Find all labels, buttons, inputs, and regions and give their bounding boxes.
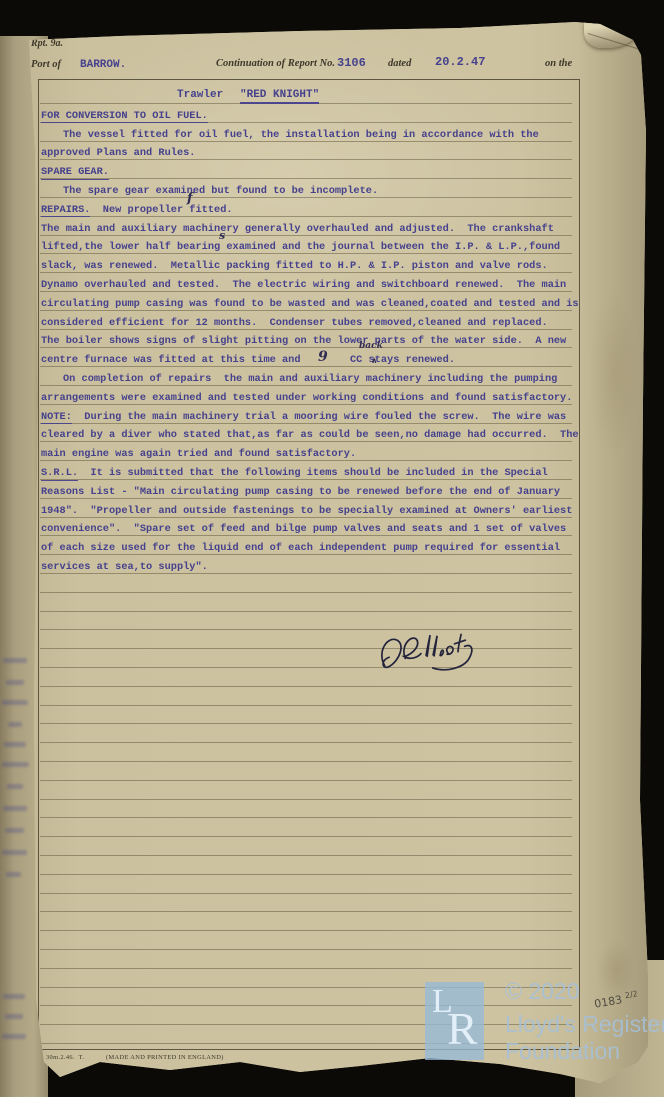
typed-line: Dynamo overhauled and tested. The electr…: [41, 279, 566, 292]
typed-line: main engine was again tried and found sa…: [41, 448, 356, 461]
logo-letter-r: R: [447, 1002, 478, 1055]
on-the-label: on the: [545, 58, 572, 69]
showthrough-smudge: [5, 828, 24, 833]
handwritten-correction: 9: [318, 350, 328, 364]
typed-line: arrangements were examined and tested un…: [41, 392, 572, 405]
typed-line: The spare gear examined but found to be …: [63, 185, 378, 198]
ruled-line: [40, 911, 572, 912]
showthrough-smudge: [3, 658, 27, 663]
port-of-label: Port of: [31, 59, 61, 70]
scanned-document-photo: Rpt. 9a. Port of BARROW. Continuation of…: [0, 0, 664, 1097]
ruled-line: [40, 723, 572, 724]
handwritten-correction: s: [219, 230, 225, 241]
typed-line: circulating pump casing was found to be …: [41, 298, 579, 311]
dated-label: dated: [388, 58, 411, 69]
typed-line: cleared by a diver who stated that,as fa…: [41, 429, 579, 442]
underlined-heading: SPARE GEAR.: [41, 166, 109, 180]
typed-line: of each size used for the liquid end of …: [41, 542, 560, 555]
underlined-heading: NOTE:: [41, 411, 72, 425]
underlined-heading: REPAIRS.: [41, 204, 90, 218]
showthrough-smudge: [2, 700, 28, 705]
ruled-line: [40, 987, 572, 988]
ruled-line: [40, 855, 572, 856]
typed-line: 1948". "Propeller and outside fastenings…: [41, 505, 572, 518]
showthrough-smudge: [6, 680, 24, 685]
ruled-line: [40, 817, 572, 818]
vessel-type: Trawler: [177, 89, 223, 102]
typed-line: convenience". "Spare set of feed and bil…: [41, 523, 566, 536]
watermark-copyright: © 2020: [505, 978, 580, 1005]
typed-line: Reasons List - "Main circulating pump ca…: [41, 486, 560, 499]
ruled-line: [40, 705, 572, 706]
ruled-line: [40, 1005, 572, 1006]
continuation-label: Continuation of Report No.: [216, 58, 335, 69]
showthrough-smudge: [3, 994, 25, 999]
ruled-line: [40, 968, 572, 969]
showthrough-smudge: [8, 722, 22, 727]
typed-line: services at sea,to supply".: [41, 561, 208, 574]
handwritten-correction: back: [359, 342, 383, 351]
showthrough-smudge: [2, 1034, 26, 1039]
typed-line: On completion of repairs the main and au…: [63, 373, 557, 386]
ruled-line: [40, 686, 572, 687]
typed-line: lifted,the lower half bearing examined a…: [41, 241, 560, 254]
typed-line: slack, was renewed. Metallic packing fit…: [41, 260, 548, 273]
ruled-line: [40, 592, 572, 593]
typed-line: centre furnace was fitted at this time a…: [41, 354, 455, 367]
ruled-line: [40, 874, 572, 875]
showthrough-smudge: [3, 806, 27, 811]
ruled-line: [40, 1024, 572, 1025]
print-code: 30m.2.46. T.: [46, 1054, 84, 1061]
printed-in-england-note: (MADE AND PRINTED IN ENGLAND): [106, 1054, 224, 1061]
ruled-line: [40, 761, 572, 762]
ruled-line: [40, 836, 572, 837]
showthrough-smudge: [2, 762, 29, 767]
report-no-value: 3106: [337, 56, 366, 70]
showthrough-smudge: [6, 872, 21, 877]
date-value: 20.2.47: [435, 55, 485, 69]
typed-line: SPARE GEAR.: [41, 166, 109, 179]
typed-line: REPAIRS. New propeller fitted.f: [41, 204, 233, 217]
ruled-line: [40, 1043, 572, 1044]
ruled-line: [40, 799, 572, 800]
port-value: BARROW.: [80, 59, 126, 71]
handwritten-correction: ∧: [371, 356, 378, 364]
showthrough-smudge: [4, 742, 26, 747]
vessel-name: "RED KNIGHT": [240, 89, 319, 102]
underlined-heading: S.R.L.: [41, 467, 78, 481]
watermark-line2: Foundation: [505, 1038, 620, 1065]
ruled-line: [40, 611, 572, 612]
showthrough-smudge: [2, 850, 27, 855]
surveyor-signature: [367, 624, 498, 683]
typed-line: S.R.L. It is submitted that the followin…: [41, 467, 548, 480]
ruled-line: [40, 780, 572, 781]
underlined-heading: FOR CONVERSION TO OIL FUEL.: [41, 110, 208, 124]
typed-line: FOR CONVERSION TO OIL FUEL.: [41, 110, 208, 123]
ruled-line: [40, 949, 572, 950]
typed-line: The main and auxiliary machinery general…: [41, 223, 554, 236]
ruled-line: [40, 742, 572, 743]
typed-line: The boiler shows signs of slight pitting…: [41, 335, 566, 348]
typed-line: considered efficient for 12 months. Cond…: [41, 317, 548, 330]
showthrough-smudge: [7, 784, 23, 789]
ruled-line: [40, 930, 572, 931]
ruled-line: [40, 178, 572, 179]
handwritten-correction: f: [187, 192, 193, 205]
lloyds-register-logo: L R: [425, 982, 484, 1060]
report-page: Rpt. 9a. Port of BARROW. Continuation of…: [0, 0, 664, 1097]
paper-stain: [588, 290, 640, 460]
typed-line: The vessel fitted for oil fuel, the inst…: [63, 129, 539, 142]
showthrough-smudge: [5, 1014, 23, 1019]
watermark-line1: Lloyd's Register: [505, 1011, 664, 1038]
ruled-line: [40, 893, 572, 894]
typed-line: NOTE: During the main machinery trial a …: [41, 411, 566, 424]
typed-line: approved Plans and Rules.: [41, 147, 195, 160]
page-shading: [576, 22, 648, 1082]
